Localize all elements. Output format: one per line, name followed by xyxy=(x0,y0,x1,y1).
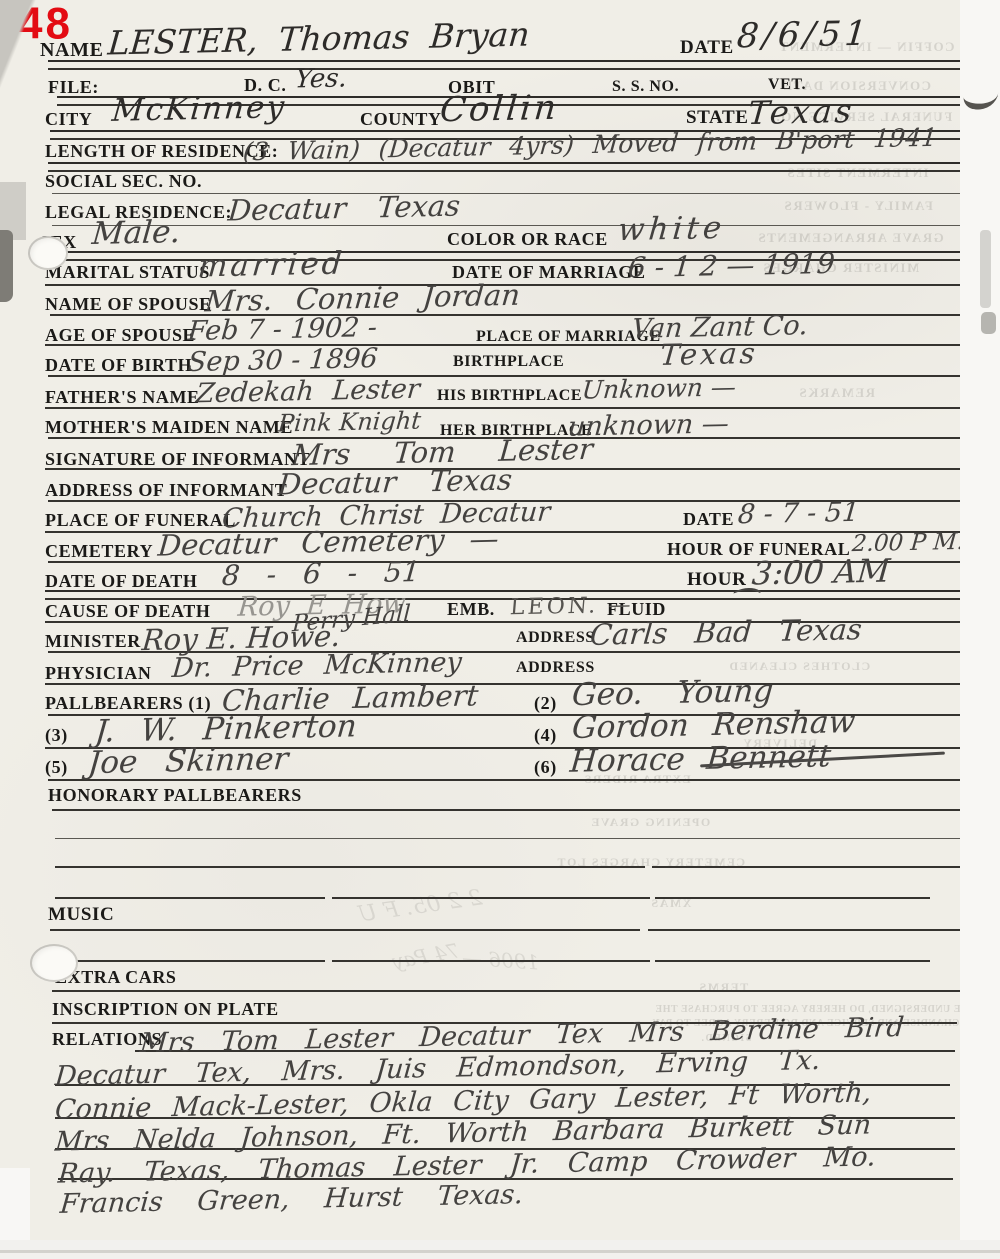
field-value-legal-residence: Decatur Texas xyxy=(227,192,462,226)
field-label-address-of-informant: ADDRESS OF INFORMANT xyxy=(45,481,287,499)
field-label-mothers-maiden-name: MOTHER'S MAIDEN NAME xyxy=(45,418,293,436)
field-label-pallbearers-2: (2) xyxy=(534,694,557,712)
field-value-dc: Yes. xyxy=(294,65,348,92)
rule-line xyxy=(50,314,960,316)
bleedthrough-text: FAMILY - FLOWERS xyxy=(783,199,933,212)
rule-line xyxy=(55,838,960,839)
rule-line xyxy=(48,375,960,377)
field-label-date-of-birth: DATE OF BIRTH xyxy=(45,356,192,374)
field-value-sex: Male. xyxy=(91,217,182,250)
field-label-signature-of-informant: SIGNATURE OF INFORMANT xyxy=(45,450,310,468)
field-label-pallbearers-1: PALLBEARERS (1) xyxy=(45,694,211,712)
field-value-emb: LEON. — xyxy=(509,595,634,620)
rule-line xyxy=(652,866,960,868)
field-label-birthplace: BIRTHPLACE xyxy=(453,354,564,370)
field-label-date-of-death: DATE OF DEATH xyxy=(45,572,197,590)
field-label-pallbearers-6: (6) xyxy=(534,758,557,776)
rule-line xyxy=(52,193,960,194)
field-label-pallbearers-4: (4) xyxy=(534,726,557,744)
relations-line: Francis Green, Hurst Texas. xyxy=(59,1181,524,1218)
field-label-pallbearers-5: (5) xyxy=(45,758,68,776)
rule-line xyxy=(332,897,650,899)
field-label-hour: HOUR xyxy=(687,570,746,589)
scan-right-margin xyxy=(960,0,1000,1259)
field-label-city: CITY xyxy=(45,110,92,128)
field-label-minister: MINISTER xyxy=(45,632,141,650)
rule-line xyxy=(55,897,325,899)
field-label-physician-address: ADDRESS xyxy=(516,660,595,676)
rule-line xyxy=(52,990,960,992)
hole-punch xyxy=(30,944,78,982)
field-value-date-of-death: 8 - 6 - 51 xyxy=(221,558,421,590)
field-label-funeral-date: DATE xyxy=(683,510,734,528)
bleedthrough-text: CLOTHES CLEANED xyxy=(728,660,870,672)
bleedthrough-handwriting: 74 Pay xyxy=(391,940,461,971)
rule-line xyxy=(48,60,960,70)
field-label-age-of-spouse: AGE OF SPOUSE xyxy=(45,326,195,344)
field-label-vet: VET. xyxy=(768,77,806,93)
field-label-color-or-race: COLOR OR RACE xyxy=(447,230,608,248)
field-value-address-of-informant: Decatur Texas xyxy=(277,466,514,500)
field-value-name-of-spouse: Mrs. Connie Jordan xyxy=(204,281,521,317)
field-label-ssno: S. S. NO. xyxy=(612,79,679,95)
rule-line xyxy=(52,225,960,226)
field-value-color-or-race: white xyxy=(617,213,727,246)
field-value-name: LESTER, Thomas Bryan xyxy=(107,18,531,60)
rule-line xyxy=(48,779,960,781)
rule-line xyxy=(655,897,930,899)
funeral-record-card: COFFIN — INTERMENT CONVERSION DATE FUNER… xyxy=(0,0,960,1242)
field-label-file: FILE: xyxy=(48,78,99,96)
field-value-physician: Dr. Price McKinney xyxy=(171,649,463,682)
field-value-age-of-spouse: Feb 7 - 1902 - xyxy=(187,314,378,345)
field-label-county: COUNTY xyxy=(360,110,442,128)
bleedthrough-text: REMARKS xyxy=(798,386,875,399)
field-label-honorary-pallbearers: HONORARY PALLBEARERS xyxy=(48,786,302,804)
scan-edge-mark xyxy=(0,230,13,302)
field-value-pallbearers-5: Joe Skinner xyxy=(87,744,290,779)
field-label-marital-status: MARITAL STATUS xyxy=(45,263,210,281)
field-label-minister-address: ADDRESS xyxy=(516,630,595,646)
bleedthrough-text: OPENING GRAVE xyxy=(590,816,710,828)
field-label-social-sec-no: SOCIAL SEC. NO. xyxy=(45,172,202,190)
field-label-place-of-funeral: PLACE OF FUNERAL xyxy=(45,511,236,529)
field-label-inscription-on-plate: INSCRIPTION ON PLATE xyxy=(52,1000,279,1018)
field-label-physician: PHYSICIAN xyxy=(45,664,151,682)
field-label-state: STATE xyxy=(686,108,749,127)
bleedthrough-text: GRAVE ARRANGEMENTS xyxy=(757,231,944,244)
scan-corner-shadow xyxy=(0,0,38,92)
field-value-cemetery: Decatur Cemetery — xyxy=(157,524,500,560)
field-label-music: MUSIC xyxy=(48,905,114,924)
rule-line xyxy=(40,960,325,962)
field-value-hour: 3:00 AM xyxy=(751,555,892,590)
field-label-emb: EMB. xyxy=(447,600,495,618)
rule-line xyxy=(332,960,650,962)
rule-line xyxy=(55,866,645,868)
hole-punch xyxy=(28,236,68,270)
rule-line xyxy=(50,929,640,931)
scan-margin-mark xyxy=(981,312,996,334)
field-label-pallbearers-3: (3) xyxy=(45,726,68,744)
bleedthrough-handwriting: 2 2 05. F U xyxy=(357,887,484,926)
field-value-date-of-birth: Sep 30 - 1896 xyxy=(187,345,379,376)
field-label-cemetery: CEMETERY xyxy=(45,542,153,560)
field-label-name-of-spouse: NAME OF SPOUSE xyxy=(45,295,212,313)
field-value-minister-address: Carls Bad Texas xyxy=(589,615,863,650)
field-value-city: McKinney xyxy=(111,92,288,127)
rule-line xyxy=(655,960,930,962)
field-value-fathers-name: Zedekah Lester xyxy=(195,376,421,408)
rule-line xyxy=(648,929,960,931)
field-label-date-top: DATE xyxy=(680,38,734,57)
field-value-date-of-marriage: 6 - 1 2 — 1919 xyxy=(627,250,836,282)
field-value-birthplace: Texas xyxy=(659,339,759,370)
rule-line xyxy=(52,809,960,811)
field-value-his-birthplace: Unknown — xyxy=(581,374,737,402)
rule-line xyxy=(45,407,960,409)
field-value-date-top: 8/6/51 xyxy=(736,17,872,54)
field-value-funeral-date: 8 - 7 - 51 xyxy=(737,499,861,529)
field-label-cause-of-death: CAUSE OF DEATH xyxy=(45,602,210,620)
rule-line xyxy=(45,590,960,600)
field-value-mothers-maiden-name: Pink Knight xyxy=(277,408,422,435)
field-label-his-birthplace: HIS BIRTHPLACE xyxy=(437,388,582,404)
field-label-fathers-name: FATHER'S NAME xyxy=(45,388,200,406)
field-value-county: Collin xyxy=(439,91,561,128)
scan-bottom-line xyxy=(0,1250,1000,1253)
field-value-marital-status: married xyxy=(197,248,346,282)
scan-margin-mark xyxy=(980,230,991,308)
